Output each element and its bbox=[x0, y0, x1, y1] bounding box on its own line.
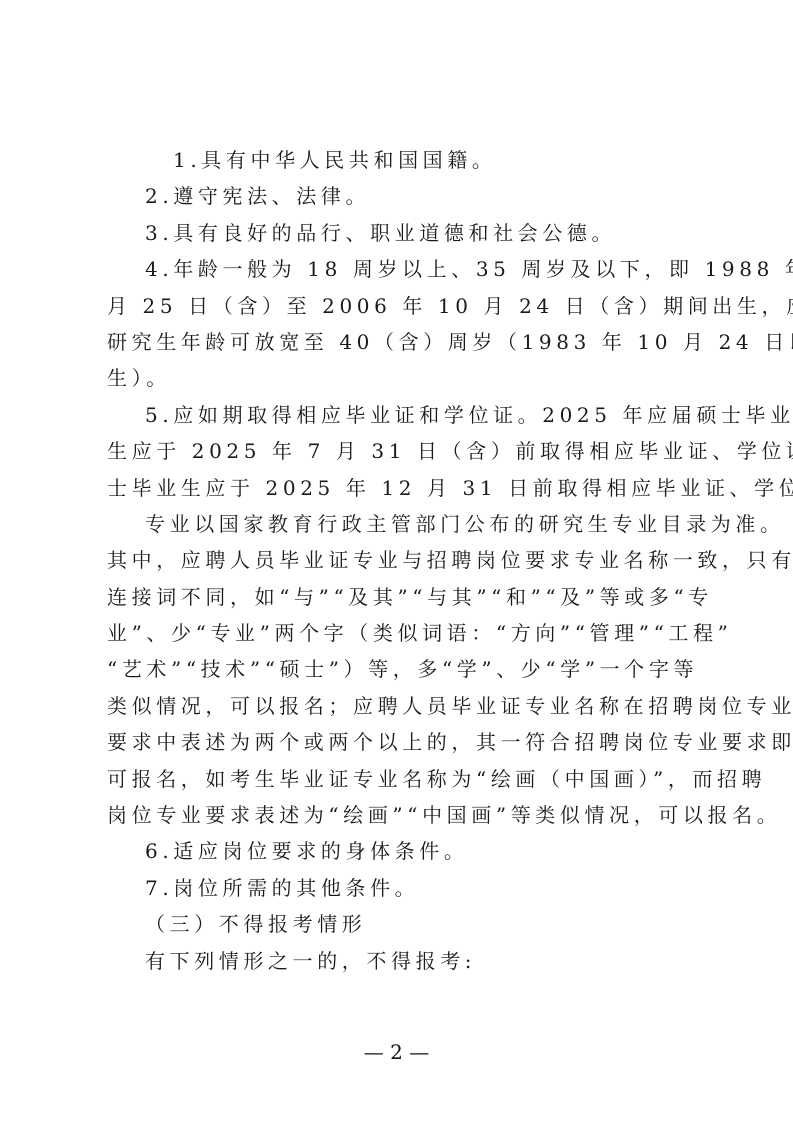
requirement-item-2: 2.遵守宪法、法律。 bbox=[107, 178, 692, 214]
requirement-item-7: 7.岗位所需的其他条件。 bbox=[107, 870, 692, 906]
major-paragraph-line-3: 连接词不同，如“与”“及其”“与其”“和”“及”等或多“专 bbox=[107, 579, 692, 615]
section-heading-3: （三）不得报考情形 bbox=[107, 906, 692, 942]
requirement-item-4-line-4: 生）。 bbox=[107, 360, 692, 396]
exclusion-intro: 有下列情形之一的，不得报考: bbox=[107, 943, 692, 979]
requirement-item-5-line-1: 5.应如期取得相应毕业证和学位证。2025 年应届硕士毕业 bbox=[107, 397, 692, 433]
major-paragraph-line-1: 专业以国家教育行政主管部门公布的研究生专业目录为准。 bbox=[107, 506, 692, 542]
document-body: 1.具有中华人民共和国国籍。 2.遵守宪法、法律。 3.具有良好的品行、职业道德… bbox=[107, 142, 692, 979]
major-paragraph-line-7: 要求中表述为两个或两个以上的，其一符合招聘岗位专业要求即 bbox=[107, 724, 692, 760]
requirement-item-3: 3.具有良好的品行、职业道德和社会公德。 bbox=[107, 215, 692, 251]
requirement-item-5-line-2: 生应于 2025 年 7 月 31 日（含）前取得相应毕业证、学位证，博 bbox=[107, 433, 692, 469]
requirement-item-4-line-3: 研究生年龄可放宽至 40（含）周岁（1983 年 10 月 24 日以后出 bbox=[107, 324, 692, 360]
major-paragraph-line-4: 业”、少“专业”两个字（类似词语：“方向”“管理”“工程” bbox=[107, 615, 692, 651]
major-paragraph-line-2: 其中，应聘人员毕业证专业与招聘岗位要求专业名称一致，只有 bbox=[107, 542, 692, 578]
requirement-item-5-line-3: 士毕业生应于 2025 年 12 月 31 日前取得相应毕业证、学位证。 bbox=[107, 470, 692, 506]
page-number: — 2 — bbox=[0, 1040, 793, 1064]
requirement-item-4-line-1: 4.年龄一般为 18 周岁以上、35 周岁及以下，即 1988 年 10 bbox=[107, 251, 692, 287]
major-paragraph-line-6: 类似情况，可以报名；应聘人员毕业证专业名称在招聘岗位专业 bbox=[107, 688, 692, 724]
requirement-item-6: 6.适应岗位要求的身体条件。 bbox=[107, 833, 692, 869]
requirement-item-1: 1.具有中华人民共和国国籍。 bbox=[107, 142, 692, 178]
major-paragraph-line-9: 岗位专业要求表述为“绘画”“中国画”等类似情况，可以报名。 bbox=[107, 797, 692, 833]
major-paragraph-line-8: 可报名，如考生毕业证专业名称为“绘画（中国画）”，而招聘 bbox=[107, 761, 692, 797]
major-paragraph-line-5: “艺术”“技术”“硕士”）等，多“学”、少“学”一个字等 bbox=[107, 651, 692, 687]
requirement-item-4-line-2: 月 25 日（含）至 2006 年 10 月 24 日（含）期间出生，应届博士 bbox=[107, 288, 692, 324]
document-page: 1.具有中华人民共和国国籍。 2.遵守宪法、法律。 3.具有良好的品行、职业道德… bbox=[0, 0, 793, 1122]
